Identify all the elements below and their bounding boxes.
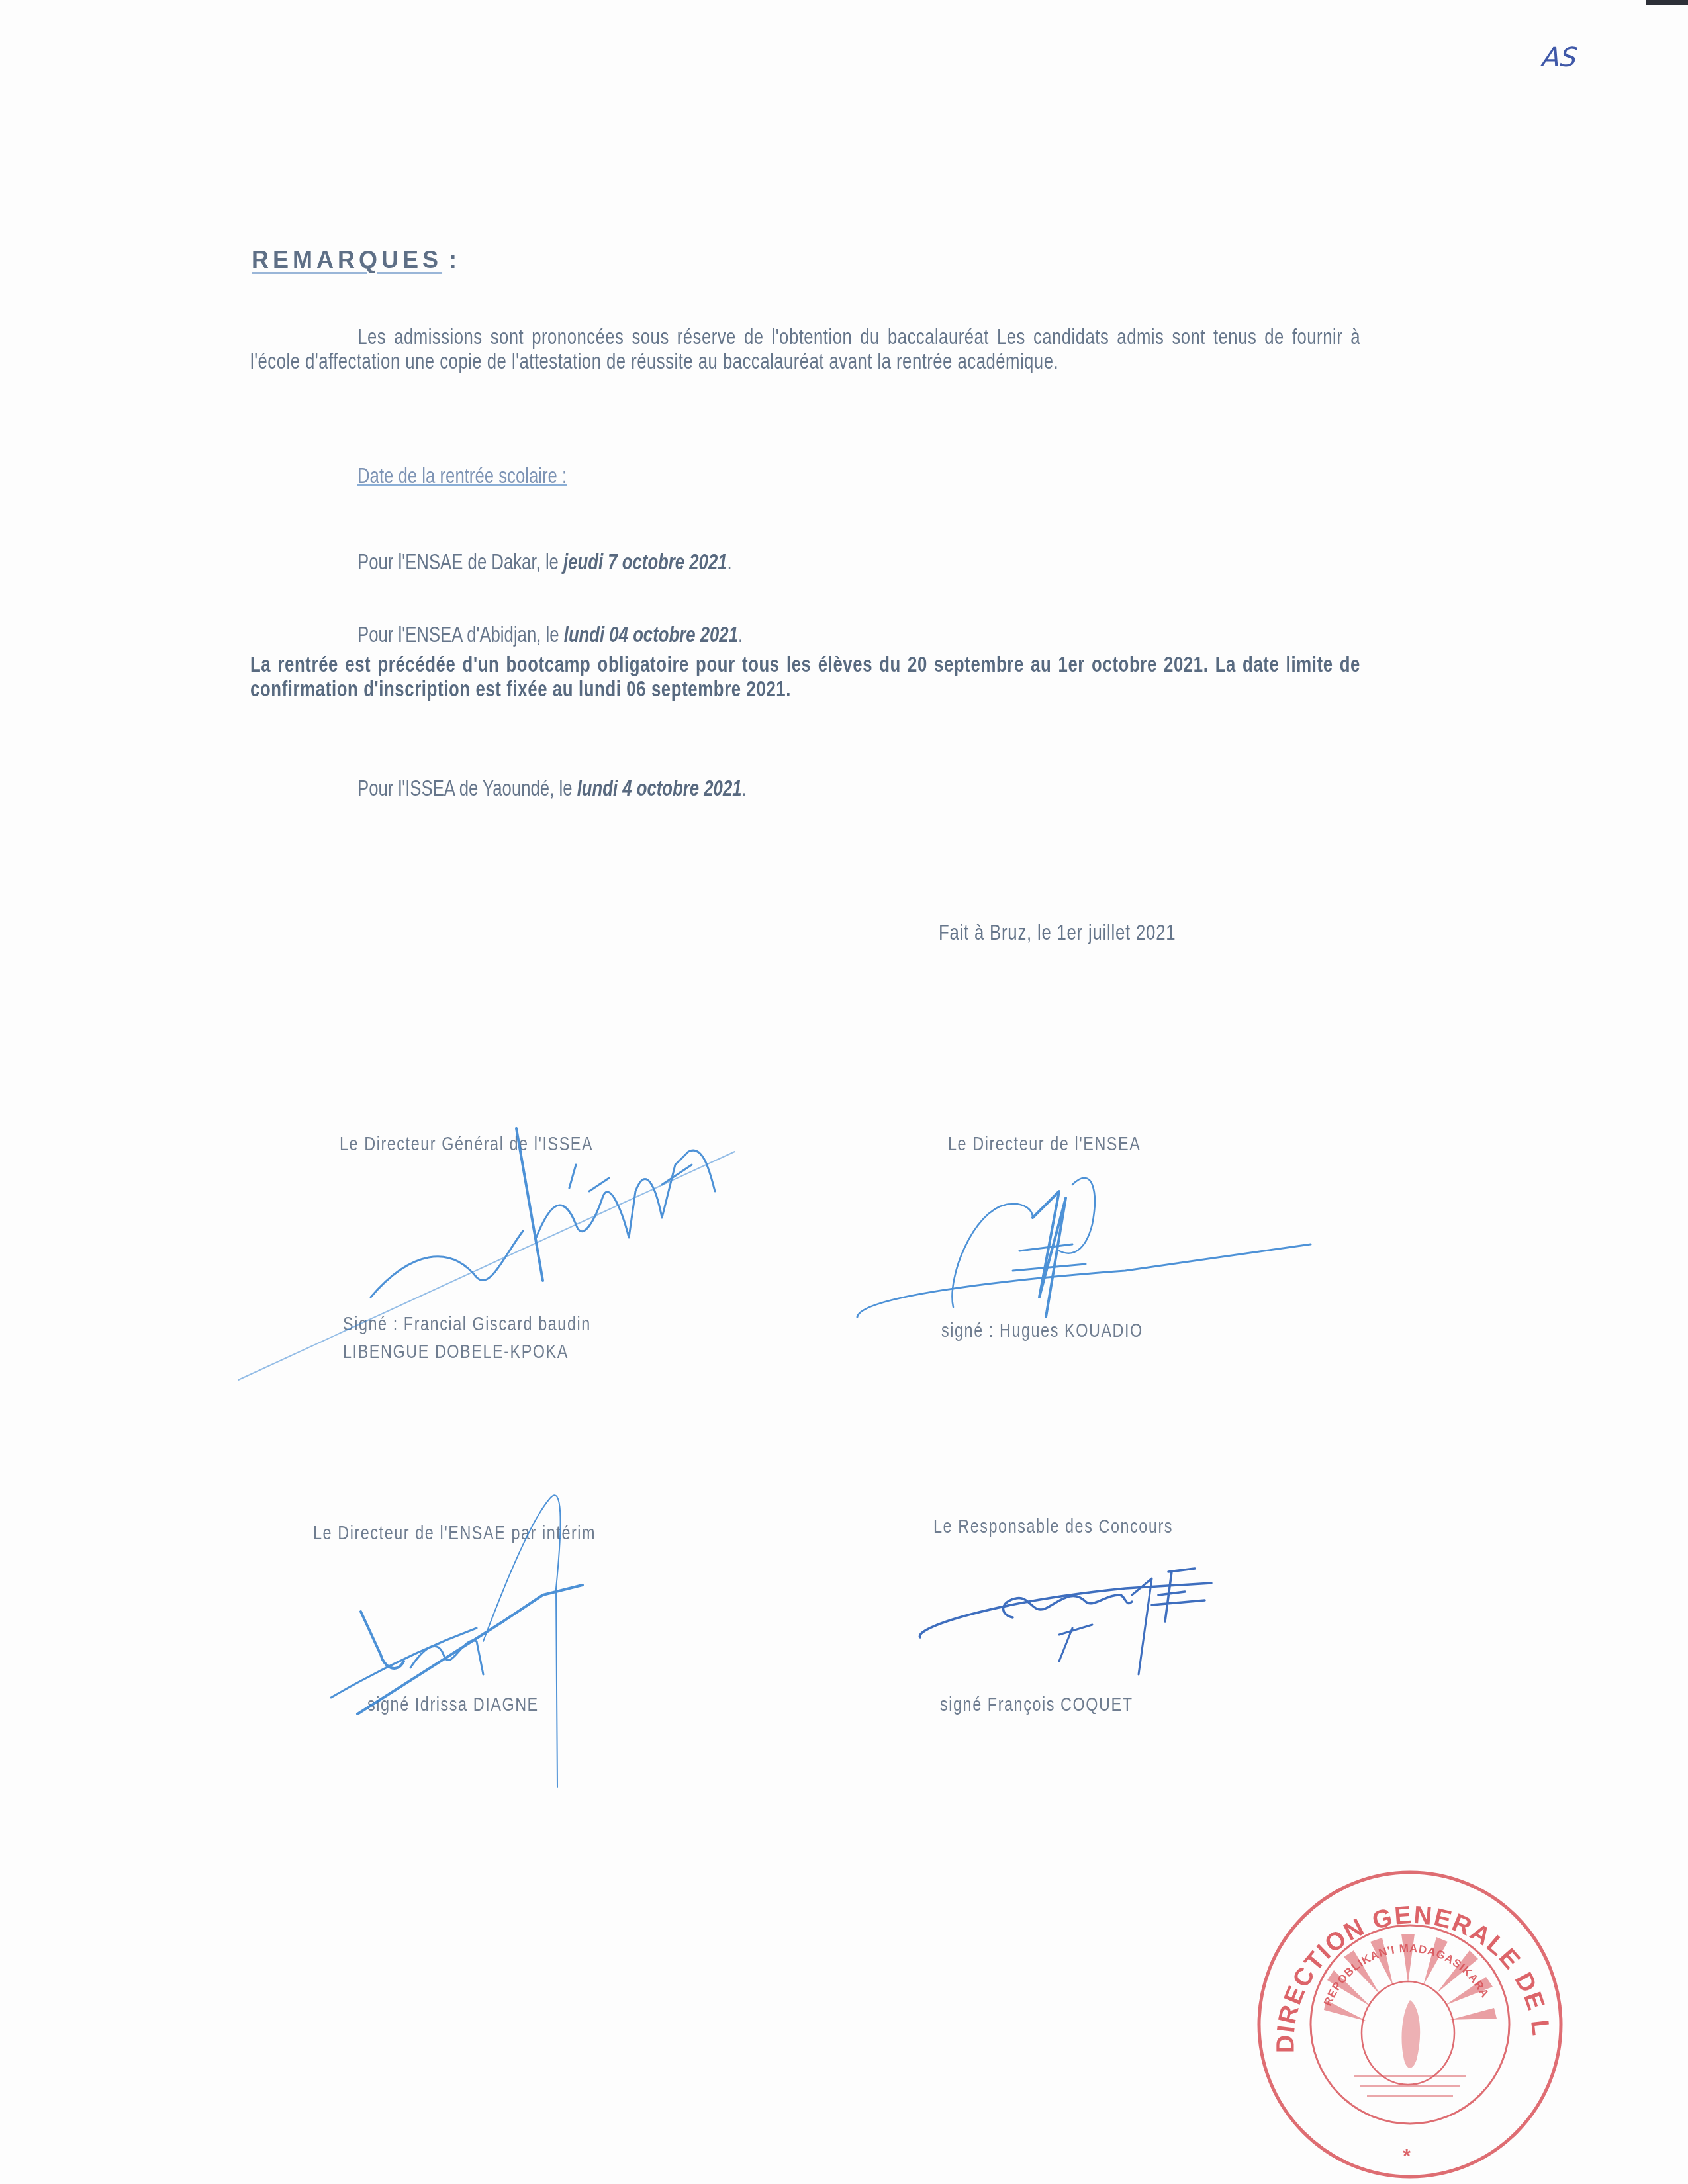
signatory-name-line1: Signé : Francial Giscard baudin [343, 1310, 591, 1338]
signatory-name-concours: signé François COQUET [940, 1691, 1133, 1719]
date-entry-date: lundi 4 octobre 2021 [577, 776, 742, 800]
date-entry-suffix: . [742, 776, 747, 800]
signature-ensea [857, 1178, 1311, 1317]
signatory-title-ensae: Le Directeur de l'ENSAE par intérim [313, 1522, 596, 1545]
date-entry-issea: Pour l'ISSEA de Yaoundé, le lundi 4 octo… [357, 776, 747, 801]
ensea-bootcamp-note: La rentrée est précédée d'un bootcamp ob… [250, 652, 1360, 701]
signatory-name-issea: Signé : Francial Giscard baudin LIBENGUE… [343, 1310, 591, 1366]
rice-field-icon [1354, 2076, 1466, 2096]
signatory-title-concours: Le Responsable des Concours [933, 1516, 1173, 1538]
place-date: Fait à Bruz, le 1er juillet 2021 [939, 920, 1176, 945]
date-entry-prefix: Pour l'ENSEA d'Abidjan, le [357, 622, 564, 647]
handwritten-initials: AS [1541, 42, 1579, 73]
remarks-heading-text: REMARQUES [252, 246, 442, 273]
remarks-heading-colon: : [449, 246, 461, 274]
stamp-inner-text: REPOBLIKAN'I MADAGASIKARA [1321, 1942, 1491, 2007]
date-entry-prefix: Pour l'ISSEA de Yaoundé, le [357, 776, 577, 800]
remarks-heading: REMARQUES: [252, 246, 461, 274]
date-entry-date: jeudi 7 octobre 2021 [563, 549, 727, 574]
date-entry-suffix: . [738, 622, 743, 647]
svg-text:REPOBLIKAN'I MADAGASIKARA: REPOBLIKAN'I MADAGASIKARA [1321, 1942, 1491, 2007]
date-entry-prefix: Pour l'ENSAE de Dakar, le [357, 549, 563, 574]
signatory-title-issea: Le Directeur Général de l'ISSEA [340, 1133, 593, 1156]
signatory-name-ensae: signé Idrissa DIAGNE [367, 1691, 539, 1719]
school-start-label: Date de la rentrée scolaire : [357, 463, 567, 488]
signatory-name-line2: LIBENGUE DOBELE-KPOKA [343, 1338, 591, 1366]
date-entry-date: lundi 04 octobre 2021 [564, 622, 738, 647]
remarks-paragraph: Les admissions sont prononcées sous rése… [250, 324, 1360, 373]
scan-edge-mark [1646, 0, 1688, 5]
remarks-paragraph-text: Les admissions sont prononcées sous rése… [250, 324, 1360, 373]
signatory-title-ensea: Le Directeur de l'ENSEA [948, 1133, 1141, 1156]
signature-concours [919, 1569, 1211, 1674]
signatory-name-ensea: signé : Hugues KOUADIO [941, 1317, 1143, 1345]
date-entry-suffix: . [727, 549, 732, 574]
date-entry-ensae: Pour l'ENSAE de Dakar, le jeudi 7 octobr… [357, 549, 732, 574]
date-entry-ensea: Pour l'ENSEA d'Abidjan, le lundi 04 octo… [357, 622, 743, 647]
madagascar-map-icon [1401, 2000, 1420, 2068]
stamp-separator: * [1403, 2145, 1411, 2167]
official-stamp: DIRECTION GENERALE DE L'INSTITUT NATIONA… [1254, 1868, 1566, 2179]
